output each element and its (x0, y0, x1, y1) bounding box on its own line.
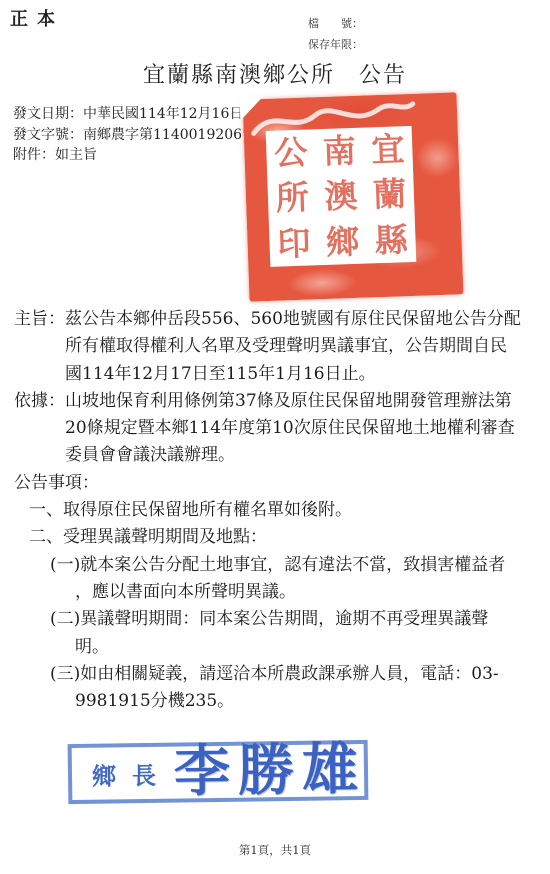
mayor-signature-stamp: 鄉長 李勝雄 (68, 740, 369, 804)
page-number-footer: 第1頁，共1頁 (0, 842, 550, 858)
basis-paragraph: 依據：山坡地保育利用條例第37條及原住民保留地開發管理辦法第 20條規定暨本鄉1… (14, 388, 542, 470)
subject-paragraph: 主旨：茲公告本鄉仲岳段556、560地號國有原住民保留地公告分配 所有權取得權利… (14, 306, 542, 388)
document-page: 正本 檔 號：保存年限： 宜蘭縣南澳鄉公所 公告 發文日期：中華民國114年12… (0, 0, 550, 874)
seal-char: 縣 (374, 223, 408, 257)
seal-char: 所 (275, 181, 309, 215)
seal-inscription: 公 所 印 南 澳 鄉 宜 蘭 縣 (266, 126, 417, 267)
sub-item-3: (三)如由相關疑義，請逕洽本所農政課承辦人員，電話：03- 9981915分機2… (50, 661, 542, 716)
seal-char: 南 (322, 134, 356, 168)
file-number-label: 檔 號： (308, 17, 363, 30)
seal-char: 蘭 (373, 178, 407, 212)
mayor-title-label: 鄉長 (92, 755, 172, 791)
seal-char: 宜 (371, 132, 405, 166)
sub-item-1: (一)就本案公告分配土地事宜，認有違法不當，致損害權益者 ，應以書面向本所聲明異… (50, 552, 542, 607)
document-meta: 發文日期：中華民國114年12月16日 發文字號：南鄉農字第1140019206… (13, 104, 256, 166)
seal-char: 澳 (324, 179, 358, 213)
item-1: 一、取得原住民保留地所有權名單如後附。 (29, 497, 542, 524)
announcement-body: 主旨：茲公告本鄉仲岳段556、560地號國有原住民保留地公告分配 所有權取得權利… (14, 306, 542, 715)
seal-char: 公 (274, 136, 308, 170)
item-2: 二、受理異議聲明期間及地點： (29, 524, 542, 551)
page-title: 宜蘭縣南澳鄉公所 公告 (0, 58, 550, 89)
items-header: 公告事項： (14, 470, 542, 497)
sub-item-2: (二)異議聲明期間：同本案公告期間，逾期不再受理異議聲 明。 (50, 606, 542, 661)
mayor-name: 李勝雄 (174, 741, 367, 800)
retention-period-label: 保存年限： (308, 38, 363, 51)
seal-char: 印 (277, 226, 311, 260)
copy-type-label: 正本 (10, 5, 64, 31)
file-number-retention-labels: 檔 號：保存年限： (308, 13, 363, 55)
official-seal: 公 所 印 南 澳 鄉 宜 蘭 縣 (243, 92, 464, 301)
seal-char: 鄉 (325, 225, 359, 259)
